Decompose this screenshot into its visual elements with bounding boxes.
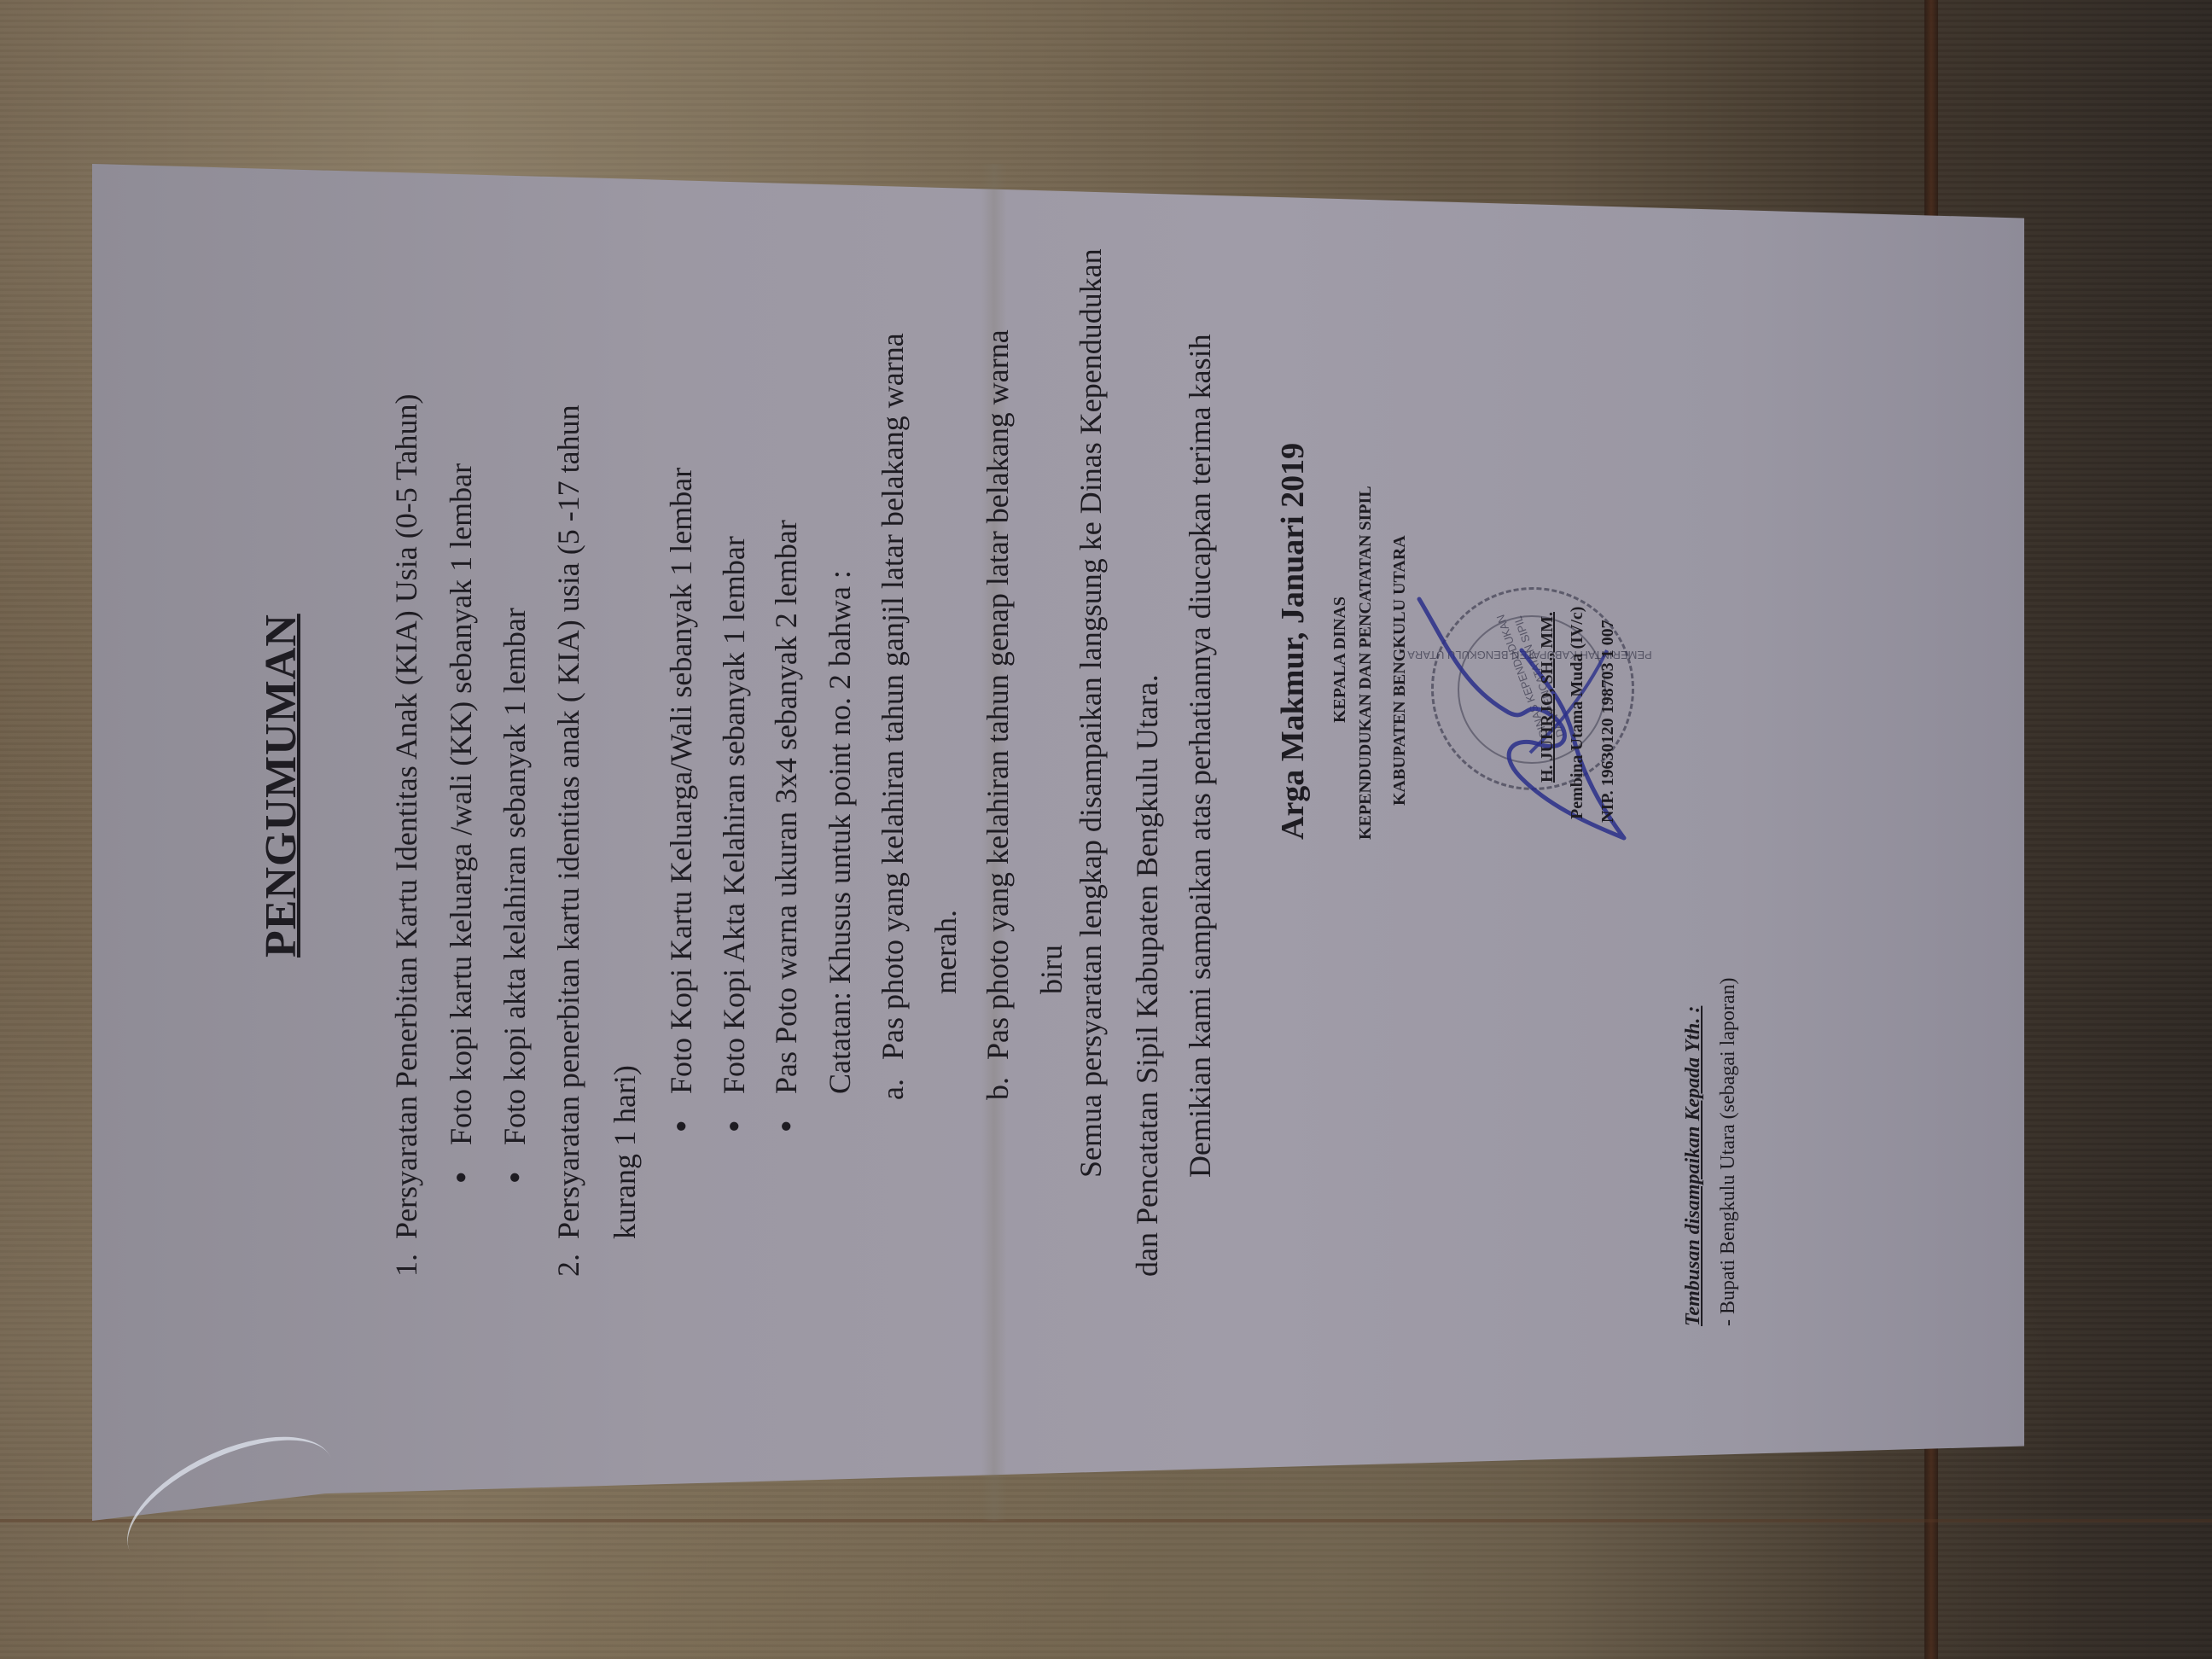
item-2-number: 2. [553, 1254, 584, 1277]
item-2-bullet-2: Foto Kopi Akta Kelahiran sebanyak 1 lemb… [719, 536, 749, 1094]
sub-item-a-label: a. [877, 1079, 908, 1100]
signatory-rank: Pembina Utama Muda (IV/c) [1569, 607, 1586, 819]
item-2-text: Persyaratan penerbitan kartu identitas a… [553, 405, 584, 1239]
signatory-name: H. JUHRJO, SH., MM. [1539, 612, 1556, 783]
closing-paragraph-cont: dan Pencatatan Sipil Kabupaten Bengkulu … [1132, 674, 1162, 1277]
item-1-text: Persyaratan Penerbitan Kartu Identitas A… [391, 393, 422, 1239]
item-2-bullet-1: Foto Kopi Kartu Keluarga/Wali sebanyak 1… [666, 468, 696, 1094]
page-title: PENGUMUMAN [259, 614, 304, 958]
sub-item-a-cont: merah. [930, 910, 961, 994]
tembusan-item: - Bupati Bengkulu Utara (sebagai laporan… [1718, 977, 1738, 1326]
closing-paragraph: Semua persyaratan lengkap disampaikan la… [1075, 248, 1106, 1178]
tembusan-item-text: Bupati Bengkulu Utara (sebagai laporan) [1717, 977, 1739, 1314]
announcement-page: PENGUMUMAN 1. Persyaratan Penerbitan Kar… [92, 164, 2024, 1521]
closing-thanks: Demikian kami sampaikan atas perhatianny… [1185, 334, 1215, 1178]
signatory-position: KEPALA DINAS [1331, 597, 1348, 723]
tembusan-heading: Tembusan disampaikan Kepada Yth. : [1683, 1006, 1703, 1326]
signatory-region: KABUPATEN BENGKULU UTARA [1391, 535, 1408, 806]
item-2-bullet-3: Pas Poto warna ukuran 3x4 sebanyak 2 lem… [771, 520, 801, 1094]
item-1-bullet-1: Foto kopi kartu keluarga /wali (KK) seba… [445, 463, 476, 1145]
item-2-note: Catatan: Khusus untuk point no. 2 bahwa … [824, 570, 855, 1094]
sub-item-b-text: Pas photo yang kelahiran tahun genap lat… [982, 329, 1013, 1060]
item-1-bullet-2: Foto kopi akta kelahiran sebanyak 1 lemb… [499, 608, 530, 1145]
place-date: Arga Makmur, Januari 2019 [1277, 443, 1309, 840]
sub-item-a-text: Pas photo yang kelahiran tahun ganjil la… [877, 333, 908, 1060]
signatory-office: KEPENDUDUKAN DAN PENCATATAN SIPIL [1357, 486, 1374, 840]
signatory-nip: NIP. 19630120 198703 1 007 [1599, 620, 1616, 823]
item-1-number: 1. [391, 1254, 422, 1277]
sub-item-b-label: b. [982, 1077, 1013, 1100]
sub-item-b-cont: biru [1036, 945, 1067, 994]
item-2-text-cont: kurang 1 hari) [609, 1065, 640, 1239]
